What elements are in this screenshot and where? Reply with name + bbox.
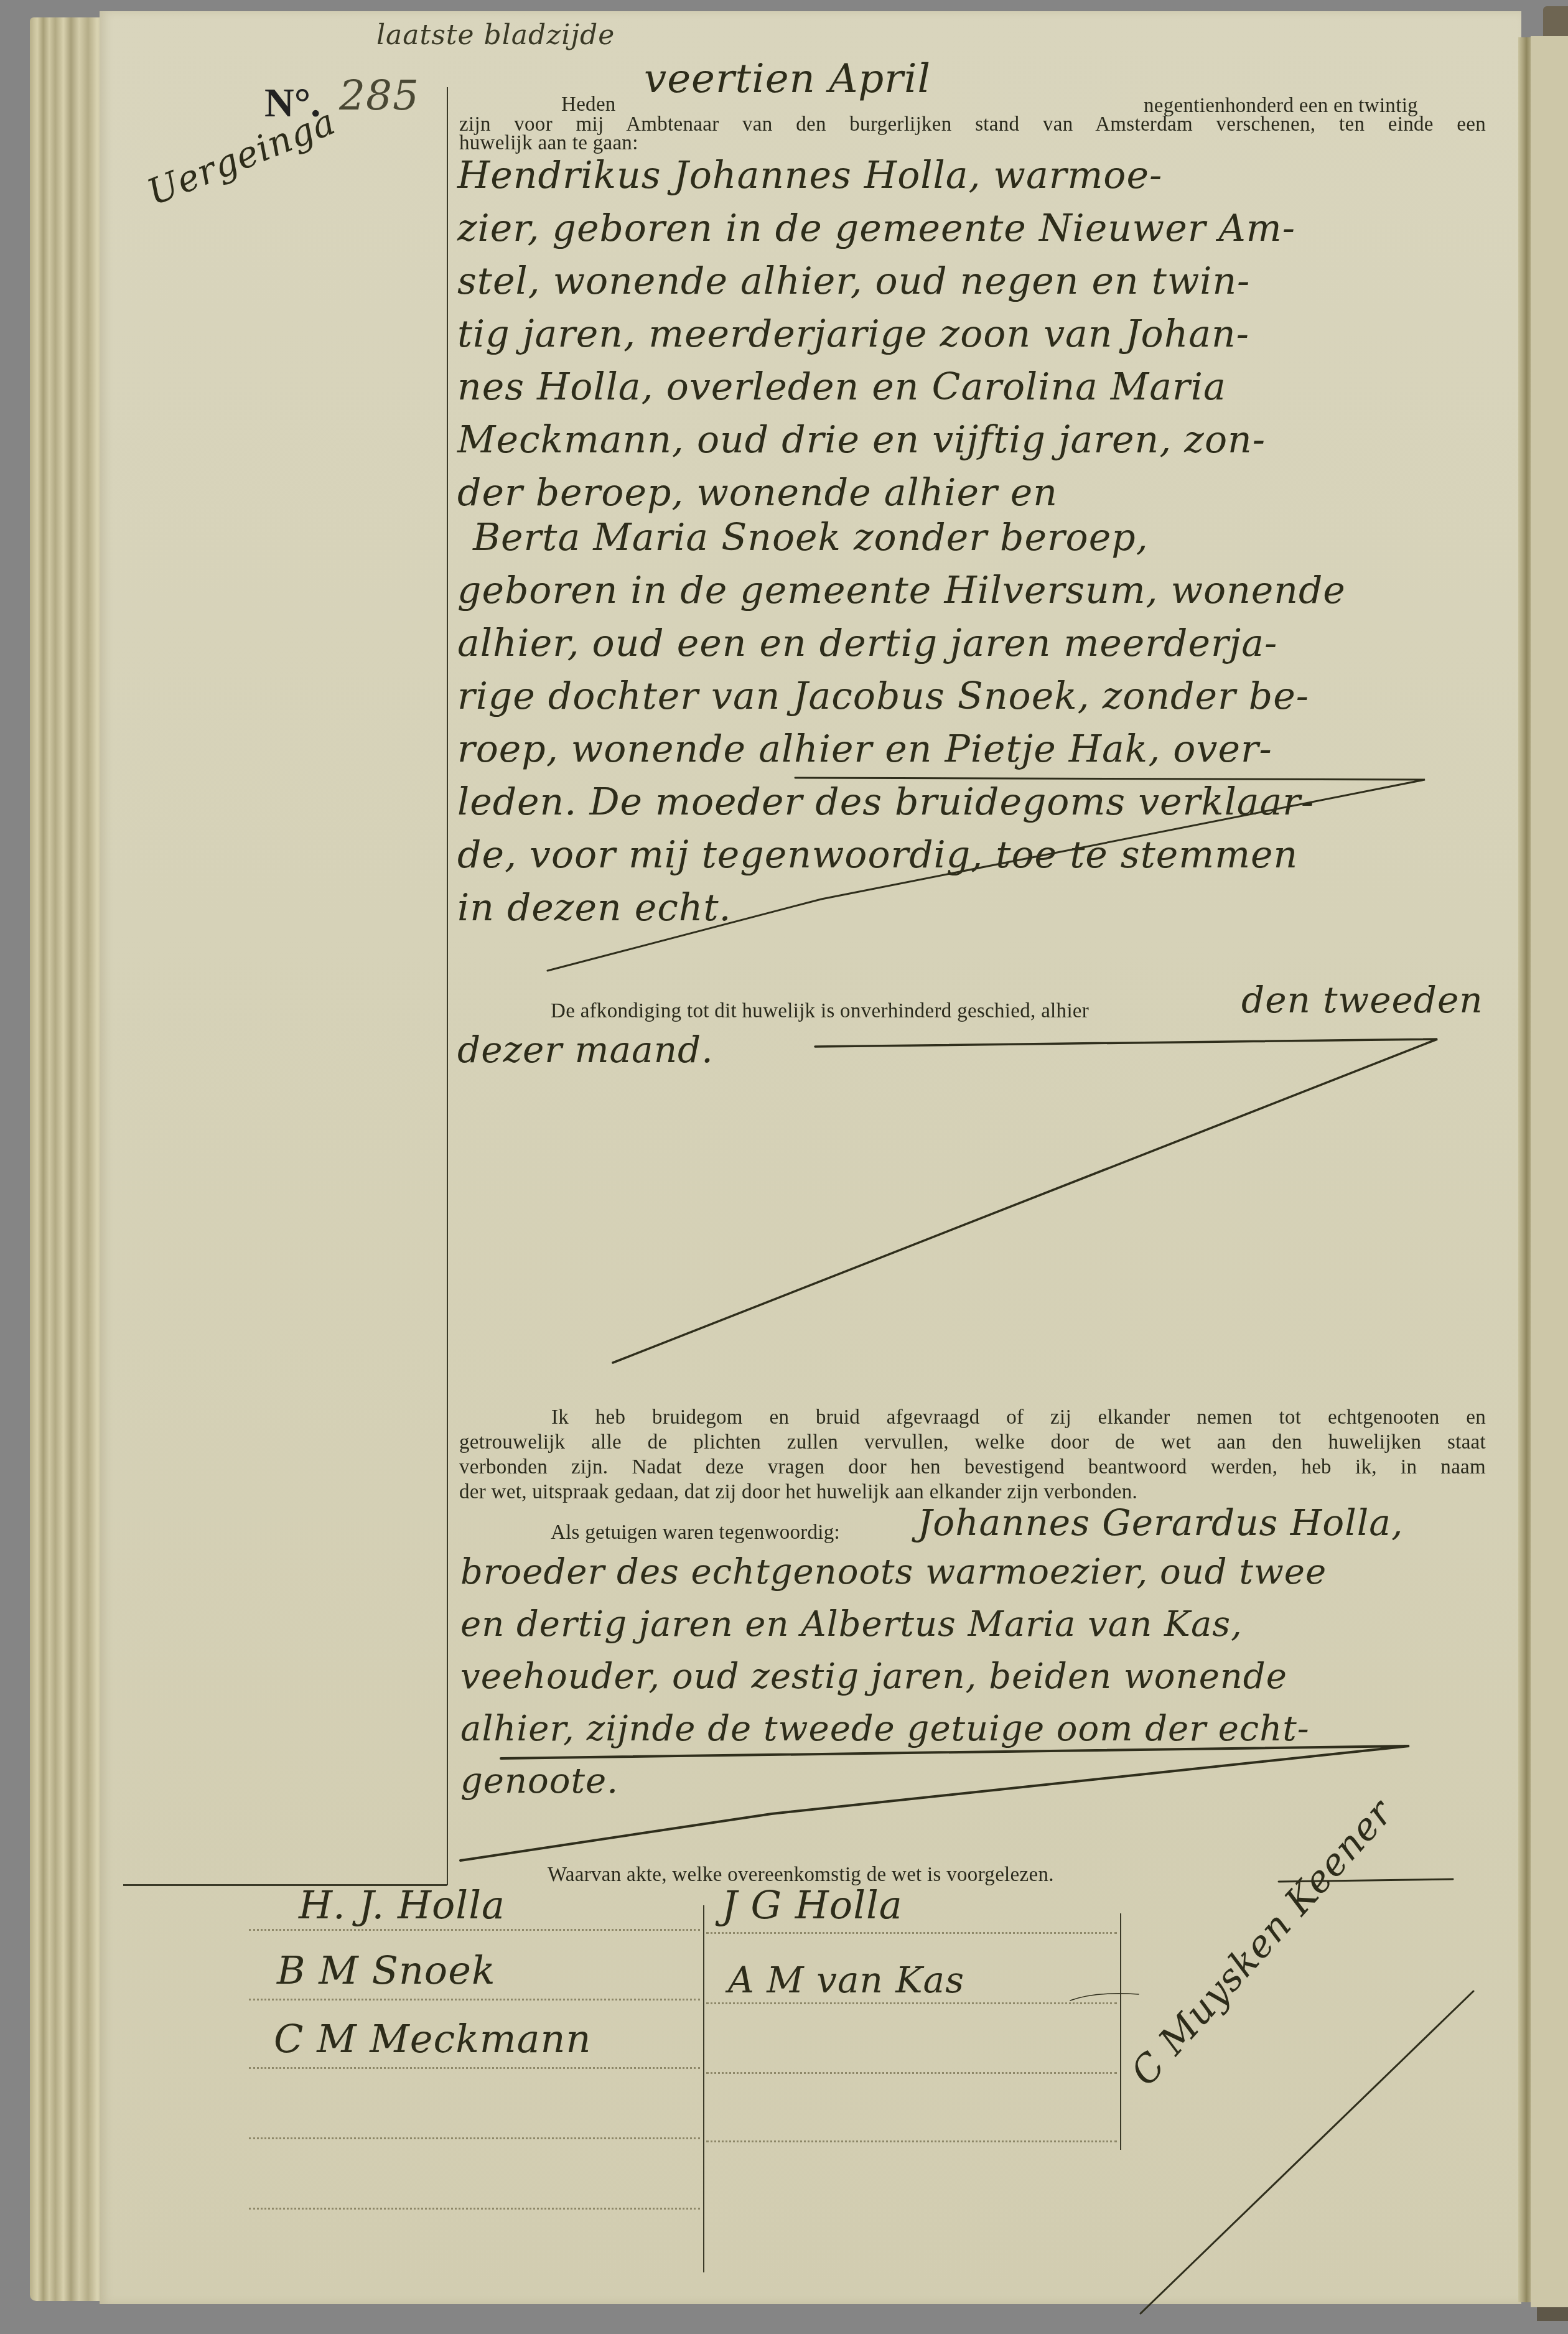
cancellation-strokes — [0, 0, 1568, 2334]
